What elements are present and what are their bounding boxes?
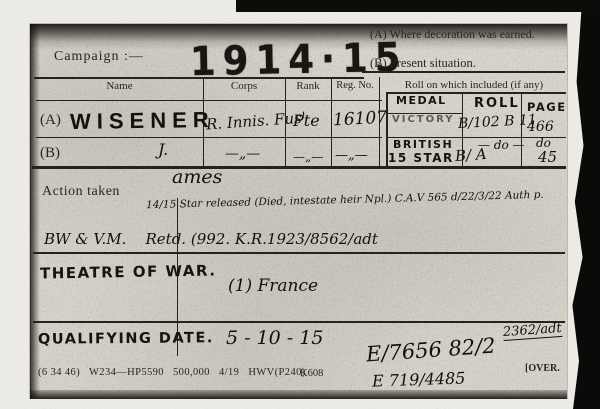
row-a-reg-no: 16107 [333, 108, 388, 131]
scan-edge-right [570, 10, 600, 409]
action-line-2: BW & V.M. Retd. (992. K.R.1923/8562/adt [44, 230, 378, 248]
medal-card: Campaign :— 1914·15 (A) Where decoration… [30, 24, 567, 398]
over-label: [OVER. [525, 363, 560, 374]
roll-divider-roll-page [521, 92, 522, 166]
note-where-earned: (A) Where decoration was earned. [370, 27, 535, 42]
qualifying-date-value: 5 - 10 - 15 [226, 327, 323, 349]
roll-row1-medal-stamp: VICTORY [392, 114, 455, 125]
row-a-rank: Pte [293, 111, 320, 130]
imprint-code: K608 [300, 368, 323, 379]
action-line-1: 14/15 Star released (Died, intestate hei… [146, 189, 544, 211]
rule-under-campaign [34, 77, 364, 79]
roll-row3-page-value: 45 [538, 148, 557, 166]
rule-under-notes [362, 71, 565, 73]
theatre-of-war-value: (1) France [228, 276, 318, 296]
roll-row1-roll-value: B/102 B 11 [458, 112, 537, 132]
scan-edge-top [236, 0, 600, 12]
roll-caption: Roll on which included (if any) [382, 79, 566, 91]
column-header-reg-no: Reg. No. [331, 80, 379, 91]
column-header-corps: Corps [203, 80, 285, 92]
rule-above-theatre [33, 252, 565, 254]
rule-thick-table-bottom [32, 166, 566, 169]
reference-main: E/7656 82/2 [365, 334, 496, 367]
reference-bottom: E 719/4485 [372, 368, 466, 390]
row-b-prefix: (B) [40, 145, 60, 162]
card-bottom-shadow [30, 390, 567, 399]
divider-rank-regno [331, 77, 332, 166]
theatre-of-war-stamp: THEATRE OF WAR. [40, 261, 217, 282]
row-a-corps: R. Innis. Fus' [205, 109, 306, 134]
campaign-label: Campaign :— [54, 49, 144, 65]
roll-header-roll: ROLL [474, 96, 520, 111]
row-b-name: J. [158, 140, 168, 159]
column-header-name: Name [36, 80, 203, 92]
row-b-corps-ditto: —„— [225, 146, 260, 162]
action-annotation: ames [172, 166, 222, 188]
reference-top: 2362/adt [503, 321, 563, 341]
roll-row1-page-value: 466 [527, 119, 554, 135]
rule-above-qualifying [33, 321, 565, 323]
column-header-rank: Rank [285, 80, 331, 92]
qualifying-date-stamp: QUALIFYING DATE. [38, 330, 214, 348]
row-b-reg-no-ditto: —„— [335, 148, 368, 163]
roll-header-medal: MEDAL [396, 94, 447, 107]
row-b-rank-ditto: —„— [293, 150, 323, 164]
imprint-line: (6 34 46) W234—HP5590 500,000 4/19 HWV(P… [38, 367, 306, 378]
action-taken-label: Action taken [42, 184, 120, 200]
roll-row2-medal-stamp: BRITISH [393, 138, 453, 151]
scanned-medal-index-card: Campaign :— 1914·15 (A) Where decoration… [0, 0, 600, 409]
roll-row3-medal-stamp: 15 STAR [388, 151, 454, 165]
row-a-prefix: (A) [40, 112, 61, 129]
row-a-name: WISENER [70, 107, 215, 135]
note-present-situation: (B) Present situation. [370, 56, 476, 71]
roll-row3-roll-value: B/ A [454, 145, 487, 165]
